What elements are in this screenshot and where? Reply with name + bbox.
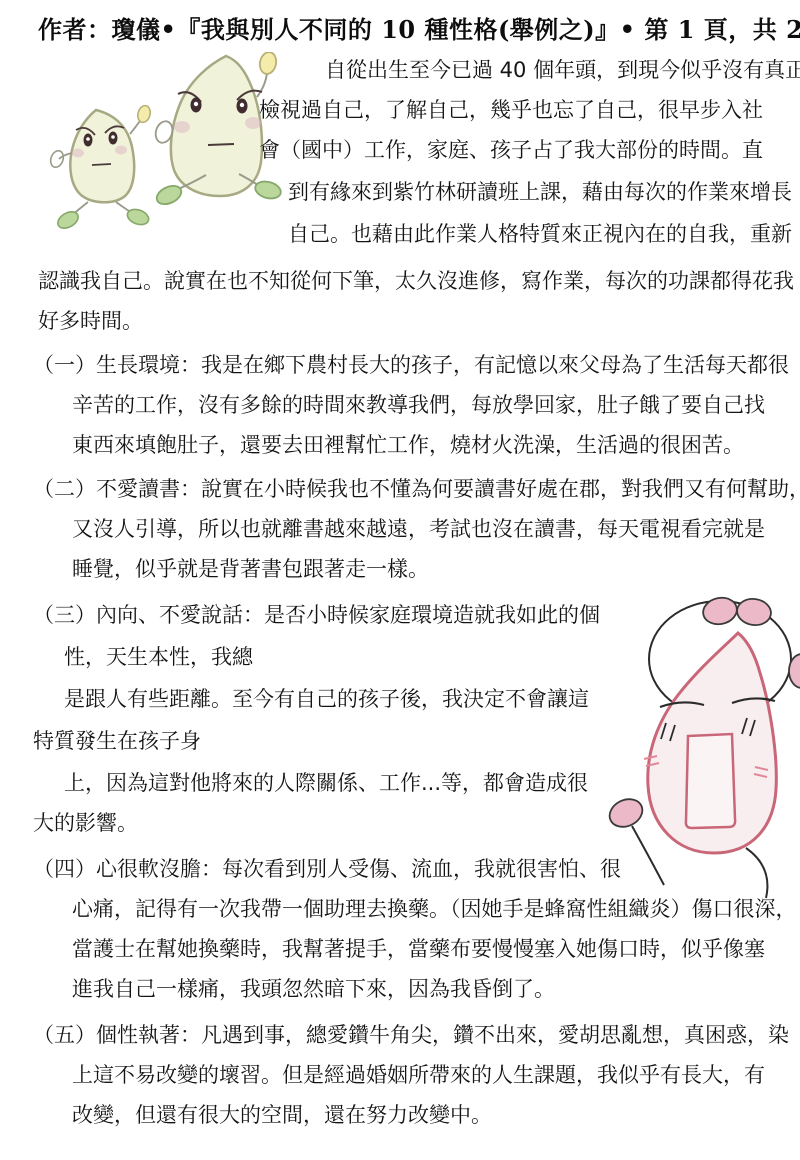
document-page: 作者：瓊儀•『我與別人不同的 10 種性格(舉例之)』• 第 1 頁，共 2 頁 [0, 0, 800, 1160]
section-3-line: 大的影響。 [33, 810, 138, 836]
section-3-line: （三）內向、不愛說話：是否小時候家庭環境造就我如此的個 [33, 602, 600, 628]
section-2-line: （二）不愛讀書：說實在小時候我也不懂為何要讀書好處在郡，對我們又有何幫助， [33, 476, 800, 502]
document-header: 作者：瓊儀•『我與別人不同的 10 種性格(舉例之)』• 第 1 頁，共 2 頁 [38, 10, 798, 45]
section-5-line: 上這不易改變的壞習。但是經過婚姻所帶來的人生課題，我似乎有長大，有 [72, 1062, 765, 1088]
section-2-line: 又沒人引導，所以也就離書越來越遠，考試也沒在讀書，每天電視看完就是 [72, 516, 765, 542]
text-line: 檢視過自己，了解自己，幾乎也忘了自己，很早步入社 [259, 97, 763, 123]
grain-character-small [48, 104, 152, 231]
text-line: 好多時間。 [38, 308, 143, 334]
crying-character [608, 595, 800, 898]
section-1-line: 東西來填飽肚子，還要去田裡幫忙工作，燒材火洗澡，生活過的很困苦。 [72, 432, 744, 458]
section-4-line: 進我自己一樣痛，我頭忽然暗下來，因為我昏倒了。 [72, 976, 555, 1002]
section-4-line: 心痛，記得有一次我帶一個助理去換藥。（因她手是蜂窩性組織炎）傷口很深， [72, 896, 797, 922]
section-4-line: 當護士在幫她換藥時，我幫著提手，當藥布要慢慢塞入她傷口時，似乎像塞 [72, 936, 765, 962]
text-line: 會（國中）工作，家庭、孩子占了我大部份的時間。直 [259, 137, 763, 163]
text-line: 認識我自己。說實在也不知從何下筆，太久沒進修，寫作業，每次的功課都得花我 [38, 268, 794, 294]
section-4-line: （四）心很軟沒膽：每次看到別人受傷、流血，我就很害怕、很 [33, 856, 621, 882]
section-2-line: 睡覺，似乎就是背著書包跟著走一樣。 [72, 556, 429, 582]
text-line: 自己。也藉由此作業人格特質來正視內在的自我，重新 [288, 221, 792, 247]
section-3-line: 是跟人有些距離。至今有自己的孩子後，我決定不會讓這 [64, 686, 589, 712]
section-5-line: 改變，但還有很大的空間，還在努力改變中。 [72, 1102, 492, 1128]
section-1-line: （一）生長環境：我是在鄉下農村長大的孩子，有記憶以來父母為了生活每天都很 [33, 352, 789, 378]
text-line: 到有緣來到紫竹林研讀班上課，藉由每次的作業來增長 [288, 179, 792, 205]
section-3-line: 性，天生本性，我總 [64, 644, 253, 670]
section-3-line: 特質發生在孩子身 [33, 728, 201, 754]
grain-character-large [153, 52, 283, 208]
section-1-line: 辛苦的工作，沒有多餘的時間來教導我們，每放學回家，肚子餓了要自己找 [72, 392, 765, 418]
text-line: 自從出生至今已過 40 個年頭，到現今似乎沒有真正 [325, 57, 800, 83]
section-5-line: （五）個性執著：凡遇到事，總愛鑽牛角尖，鑽不出來，愛胡思亂想，真困惑，染 [33, 1022, 789, 1048]
illustration-crying-grain-character [608, 585, 800, 900]
section-3-line: 上，因為這對他將來的人際關係、工作...等，都會造成很 [64, 770, 588, 796]
